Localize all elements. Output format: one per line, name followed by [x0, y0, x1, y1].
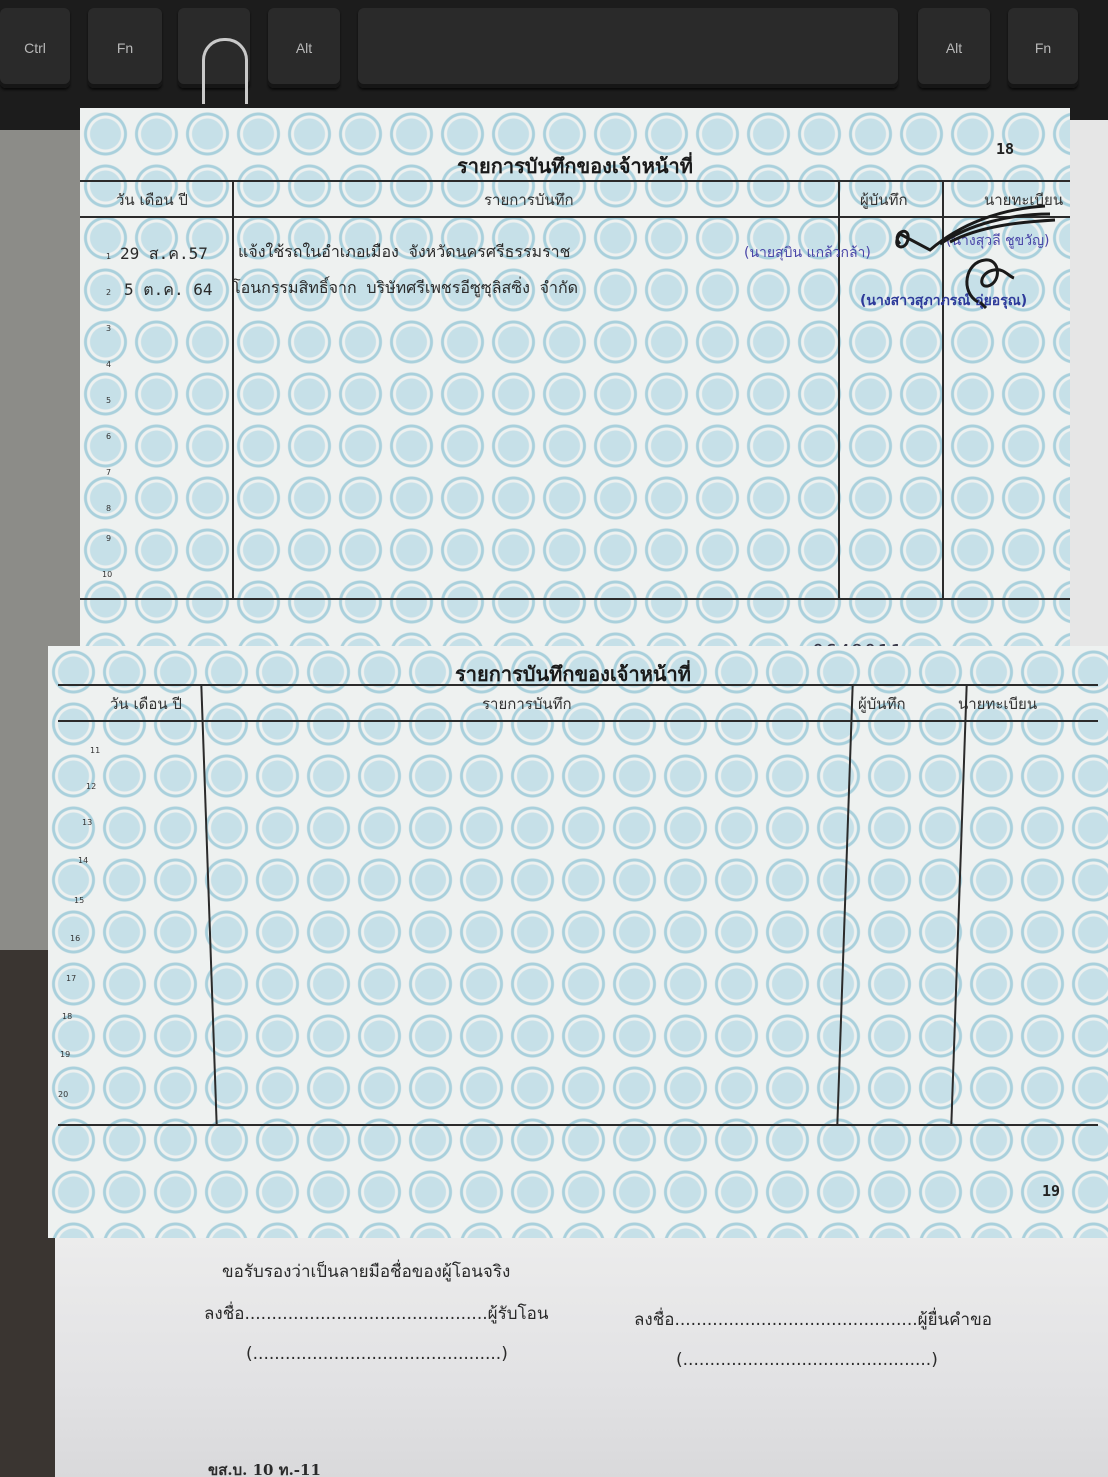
certification-heading: ขอรับรองว่าเป็นลายมือชื่อของผู้โอนจริง [222, 1258, 510, 1285]
row-number: 18 [62, 1012, 72, 1021]
row-number: 19 [60, 1050, 70, 1059]
key-ctrl: Ctrl [0, 8, 70, 88]
key-space [358, 8, 898, 88]
row-number: 20 [58, 1090, 68, 1099]
signature-2-icon [960, 252, 1020, 312]
column-divider [200, 686, 217, 1124]
row-number: 8 [106, 504, 111, 513]
header-entry: รายการบันทึก [484, 188, 574, 212]
header-registrar: นายทะเบียน [958, 692, 1037, 716]
key-alt-right: Alt [918, 8, 990, 88]
row-number: 9 [106, 534, 111, 543]
key-label: Fn [1035, 40, 1051, 56]
column-divider [232, 182, 234, 598]
key-fn: Fn [88, 8, 162, 88]
entry-2-date: 5 ต.ค. 64 [124, 278, 213, 303]
key-fn-right: Fn [1008, 8, 1078, 88]
key-label: Fn [117, 40, 133, 56]
row-number: 7 [106, 468, 111, 477]
row-number: 2 [106, 288, 111, 297]
row-number: 11 [90, 746, 100, 755]
key-label: Alt [296, 40, 312, 56]
entry-1-date: 29 ส.ค.57 [120, 242, 208, 267]
entry-1-text: แจ้งใช้รถในอำเภอเมือง จังหวัดนครศรีธรรมร… [238, 240, 571, 265]
header-date: วัน เดือน ปี [110, 692, 182, 716]
applicant-signature-line: ลงชื่อ..................................… [634, 1306, 992, 1333]
certification-page [55, 1238, 1108, 1477]
page-number: 18 [996, 140, 1014, 158]
header-entry: รายการบันทึก [482, 692, 572, 716]
row-number: 10 [102, 570, 112, 579]
row-number: 6 [106, 432, 111, 441]
applicant-name-line: (.......................................… [676, 1350, 938, 1370]
entry-1-recorder-stamp: (นายสุบิน แกล้วกล้า) [744, 242, 871, 264]
header-recorder: ผู้บันทึก [858, 692, 906, 716]
table-header: วัน เดือน ปี รายการบันทึก ผู้บันทึก นายท… [58, 686, 1098, 722]
records-table: วัน เดือน ปี รายการบันทึก ผู้บันทึก นายท… [58, 684, 1098, 1126]
row-number: 17 [66, 974, 76, 983]
key-label: Alt [946, 40, 962, 56]
row-number: 12 [86, 782, 96, 791]
page-title: รายการบันทึกของเจ้าหน้าที่ [440, 150, 710, 182]
transferee-name-line: (.......................................… [246, 1344, 508, 1364]
transferee-signature-line: ลงชื่อ..................................… [204, 1300, 548, 1327]
header-date: วัน เดือน ปี [116, 188, 188, 212]
row-number: 3 [106, 324, 111, 333]
page-number: 19 [1042, 1182, 1060, 1200]
paper-clip-icon [202, 38, 248, 104]
row-number: 14 [78, 856, 88, 865]
records-table: วัน เดือน ปี รายการบันทึก ผู้บันทึก นายท… [80, 180, 1070, 600]
entry-2-text: โอนกรรมสิทธิ์จาก บริษัทศรีเพชรอีซูซุลิสซ… [232, 276, 578, 301]
form-code: ขส.บ. 10 ท.-11 [208, 1458, 321, 1477]
record-page-18: 18 รายการบันทึกของเจ้าหน้าที่ วัน เดือน … [80, 108, 1070, 648]
key-alt-left: Alt [268, 8, 340, 88]
row-number: 5 [106, 396, 111, 405]
column-divider [836, 686, 853, 1124]
row-number: 4 [106, 360, 111, 369]
column-divider [950, 686, 967, 1124]
key-label: Ctrl [24, 40, 46, 56]
row-number: 16 [70, 934, 80, 943]
row-number: 15 [74, 896, 84, 905]
row-number: 1 [106, 252, 111, 261]
record-page-19: รายการบันทึกของเจ้าหน้าที่ วัน เดือน ปี … [48, 646, 1108, 1238]
row-number: 13 [82, 818, 92, 827]
